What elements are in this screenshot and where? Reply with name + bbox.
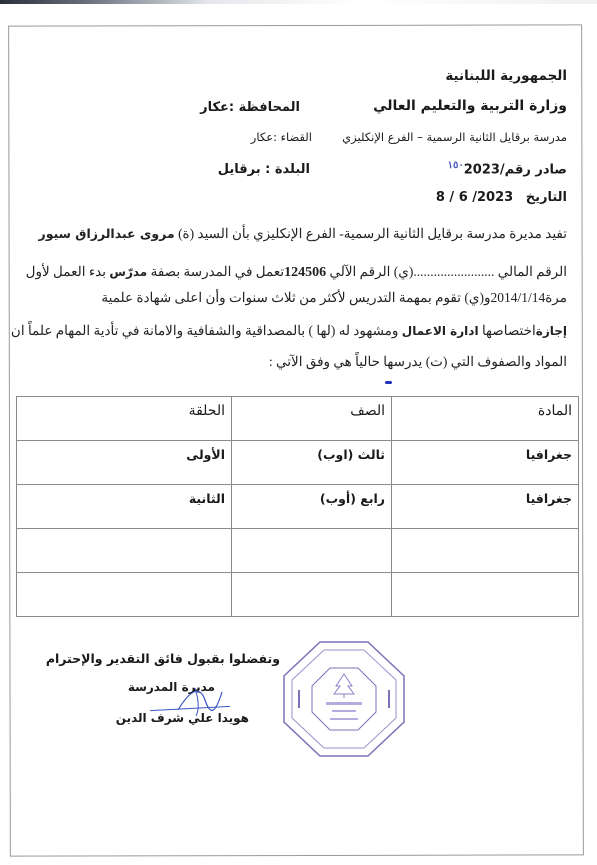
degree: إجازة xyxy=(536,324,567,338)
district: القضاء :عكار xyxy=(251,130,312,144)
body-line-2: الرقم المالي ........................(ي)… xyxy=(26,264,567,281)
ministry-title: وزارة التربية والتعليم العالي xyxy=(373,98,567,114)
table-row: جغرافيا رابع (أوب) الثانية xyxy=(17,485,579,529)
date-value: 8 / 6 /2023 xyxy=(436,190,513,205)
cell-subject xyxy=(392,573,579,617)
stamp-icon xyxy=(282,640,406,758)
table-row xyxy=(17,529,579,573)
header-cycle: الحلقة xyxy=(17,397,232,441)
issue-label: صادر رقم xyxy=(505,162,567,177)
body-text: اختصاصها xyxy=(479,323,536,338)
table-row: جغرافيا ثالث (اوب) الأولى xyxy=(17,441,579,485)
issue-number: صادر رقم١٥٠2023/ xyxy=(448,160,567,177)
body-text: بدء العمل لأول xyxy=(26,264,110,279)
signer-name: هويدا علي شرف الدين xyxy=(116,711,249,725)
town: البلدة : برقايل xyxy=(218,162,310,177)
cell-grade: رابع (أوب) xyxy=(232,485,392,529)
teacher-name: مروى عبدالرزاق سيور xyxy=(39,226,175,241)
body-text: الرقم المالي ........................(ي)… xyxy=(326,264,567,279)
governorate: المحافظة :عكار xyxy=(200,100,300,115)
cell-subject xyxy=(392,529,579,573)
cell-cycle xyxy=(17,573,232,617)
cell-cycle xyxy=(17,529,232,573)
header-grade: الصف xyxy=(232,397,392,441)
date-line: التاريخ 8 / 6 /2023 xyxy=(436,190,567,205)
cell-subject: جغرافيا xyxy=(392,441,579,485)
table-row xyxy=(17,573,579,617)
date-label: التاريخ xyxy=(526,190,567,205)
cell-cycle: الثانية xyxy=(17,485,232,529)
republic-title: الجمهورية اللبنانية xyxy=(445,68,567,84)
body-line-4: إجازةاختصاصها ادارة الاعمال ومشهود له (ل… xyxy=(11,323,567,339)
body-line-5: المواد والصفوف التي (ت) يدرسها حالياً هي… xyxy=(269,354,567,370)
closing-salutation: وتفضلوا بقبول فائق التقدير والإحترام xyxy=(46,651,280,666)
auto-number: 124506 xyxy=(284,265,326,280)
specialty: ادارة الاعمال xyxy=(402,324,479,338)
body-line-3: مرة2014/1/14و(ي) تقوم بمهمة التدريس لأكث… xyxy=(101,290,567,306)
table-header-row: المادة الصف الحلقة xyxy=(17,397,579,441)
subjects-table: المادة الصف الحلقة جغرافيا ثالث (اوب) ال… xyxy=(16,396,579,617)
issue-year: 2023/ xyxy=(464,162,505,177)
cell-subject: جغرافيا xyxy=(392,485,579,529)
body-text: تعمل في المدرسة بصفة xyxy=(147,264,284,279)
handwritten-number: ١٥٠ xyxy=(448,160,464,171)
body-text: تفيد مديرة مدرسة برقايل الثانية الرسمية-… xyxy=(175,226,567,241)
official-stamp xyxy=(282,640,406,758)
cell-cycle: الأولى xyxy=(17,441,232,485)
cell-grade xyxy=(232,529,392,573)
cell-grade xyxy=(232,573,392,617)
cell-grade: ثالث (اوب) xyxy=(232,441,392,485)
body-text: ومشهود له (لها ) بالمصداقية والشفافية وا… xyxy=(11,323,402,338)
ink-mark xyxy=(385,381,392,384)
body-line-1: تفيد مديرة مدرسة برقايل الثانية الرسمية-… xyxy=(39,226,567,242)
school-name: مدرسة برقايل الثانية الرسمية – الفرع الإ… xyxy=(342,130,567,144)
header-subject: المادة xyxy=(392,397,579,441)
scan-top-edge xyxy=(0,0,597,4)
role: مدرّس xyxy=(109,265,147,279)
